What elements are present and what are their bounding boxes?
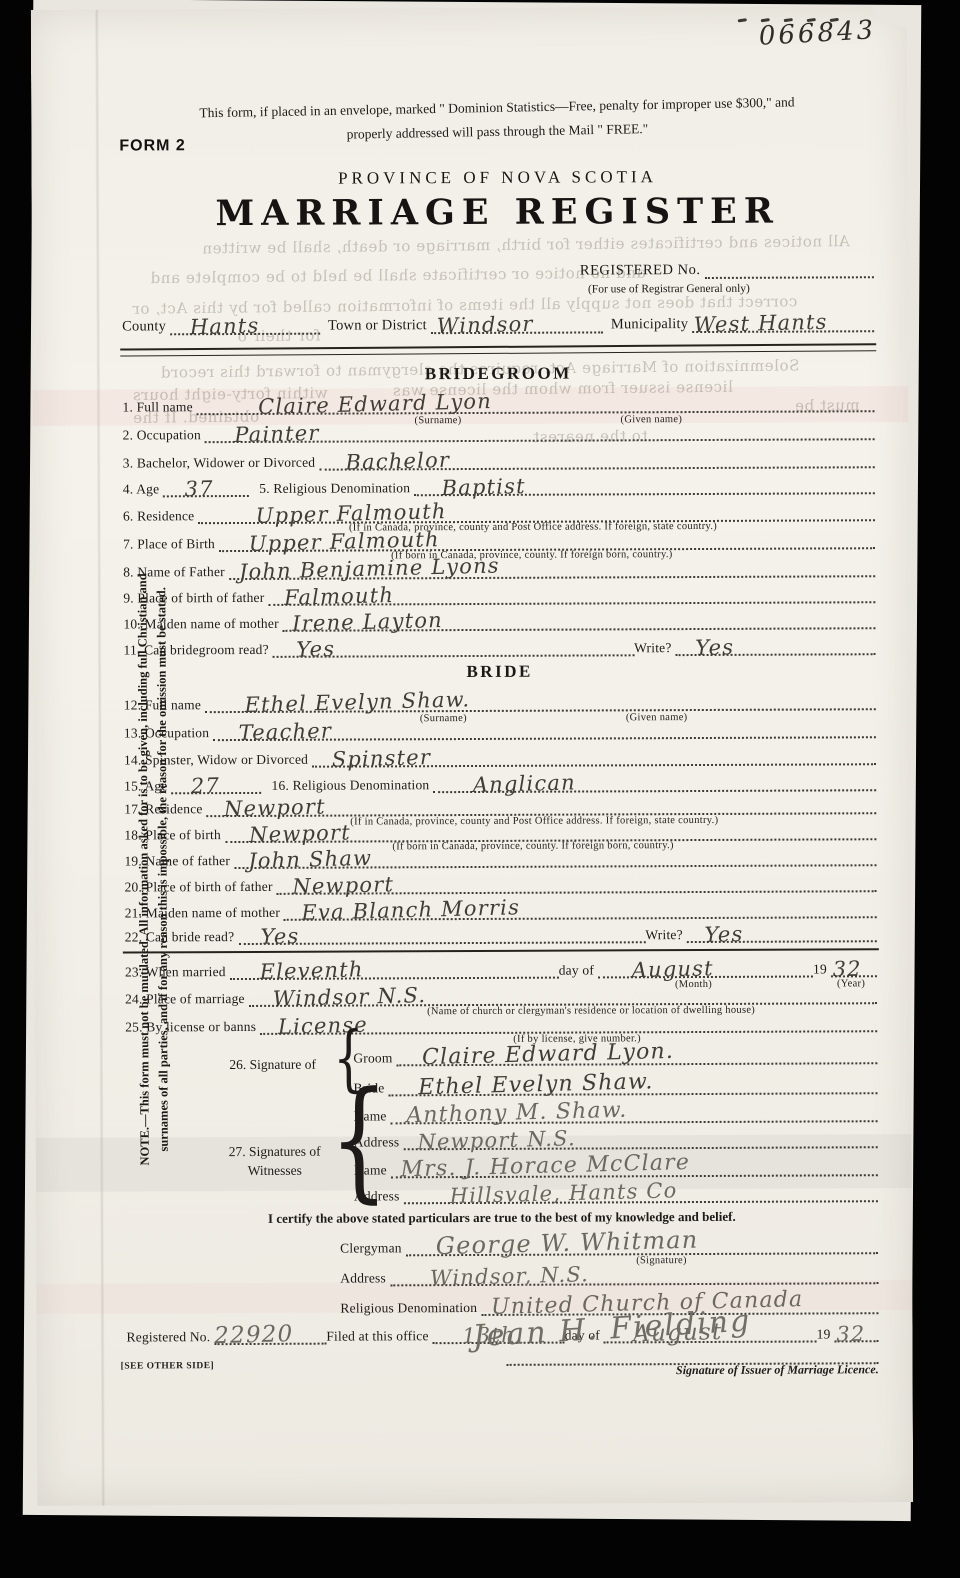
bride-status-row: 14. Spinster, Widow or Divorced Spinster	[124, 743, 876, 768]
groom-birthplace-row: 7. Place of Birth Upper Falmouth	[123, 527, 875, 552]
field-line: August	[598, 954, 813, 979]
handwritten-value: Spinster	[332, 745, 432, 772]
bride-full-name-row: 12. Full name Ethel Evelyn Shaw.	[124, 688, 876, 713]
field-line: Spinster	[312, 741, 876, 767]
margin-note: NOTE.—This form must not be mutilated. A…	[133, 524, 172, 1214]
registered-label: Registered No.	[127, 1330, 215, 1346]
groom-mother-row: 10. Maiden name of mother Irene Layton	[123, 607, 875, 632]
handwritten-value: Irene Layton	[292, 608, 443, 636]
field-line: Newport	[206, 790, 876, 817]
bleedthrough-text: and no notice or certificate shall be he…	[150, 264, 646, 288]
filed-label: Filed at this office	[326, 1329, 432, 1345]
document-number-handwritten: 066843	[758, 15, 877, 52]
field-line: Baptist	[414, 470, 875, 496]
clergyman-label: Clergyman	[340, 1241, 406, 1257]
groom-father-row: 8. Name of Father John Benjamine Lyons	[123, 555, 875, 580]
envelope-notice: This form, if placed in an envelope, mar…	[121, 89, 874, 151]
field-line: 37	[163, 473, 249, 497]
field-label: 2. Occupation	[123, 428, 205, 444]
county-value-handwritten: Hants	[189, 313, 259, 339]
issuer-caption: Signature of Issuer of Marriage Licence.	[593, 1362, 879, 1378]
witnesses-label-line1: 27. Signatures of	[220, 1143, 330, 1162]
field-line: George W. Whitman	[406, 1230, 879, 1256]
handwritten-value: Baptist	[442, 474, 527, 500]
field-line: John Shaw	[234, 842, 877, 869]
county-line: Hants	[170, 311, 320, 336]
handwritten-value: John Shaw	[247, 846, 372, 873]
year-prefix: 19	[813, 962, 831, 978]
groom-residence-row: 6. Residence Upper Falmouth	[123, 499, 875, 524]
clergyman-address-handwritten: Windsor, N.S.	[429, 1262, 589, 1290]
municipality-value-handwritten: West Hants	[694, 310, 828, 337]
page-title: MARRIAGE REGISTER	[122, 190, 874, 234]
field-line: Yes	[675, 631, 875, 656]
handwritten-value: Newport	[224, 795, 326, 822]
handwritten-value: Painter	[234, 421, 320, 447]
form-number-label: FORM 2	[119, 137, 186, 155]
field-label: 5. Religious Denomination	[249, 481, 414, 497]
clergyman-row: Clergyman George W. Whitman	[340, 1232, 878, 1256]
field-line: Eva Blanch Morris	[284, 894, 877, 921]
field-line: Newport N.S.	[403, 1124, 877, 1150]
groom-signature-row: Groom Claire Edward Lyon.	[353, 1042, 877, 1066]
bride-residence-row: 17. Residence Newport	[124, 792, 876, 817]
field-line: Anglican	[433, 767, 876, 793]
field-line: Ethel Evelyn Shaw.	[388, 1070, 877, 1096]
handwritten-value: 37	[185, 477, 215, 502]
bleedthrough-text: All notices and certificates either for …	[202, 232, 850, 257]
registered-no-label: REGISTERED No.	[580, 262, 705, 279]
field-line: Hillsvale, Hants Co	[404, 1178, 878, 1204]
place-of-marriage-row: 24. Place of marriage Windsor N.S.	[125, 982, 877, 1007]
margin-note-line2: surnames of all parties, and if for any …	[152, 524, 174, 1214]
field-line: Windsor N.S.	[249, 980, 877, 1007]
bridegroom-section-title: BRIDEGROOM	[122, 362, 874, 385]
groom-father-birthplace-row: 9. Place of birth of father Falmouth	[123, 581, 875, 606]
bride-father-birthplace-row: 20. Place of birth of father Newport	[125, 870, 877, 895]
witness1-name-row: Name Anthony M. Shaw.	[354, 1100, 878, 1124]
address-label: Address	[354, 1189, 404, 1205]
bride-read-write-row: 22. Can bride read? Yes Write? Yes	[125, 920, 877, 945]
field-line: Eleventh	[230, 955, 559, 980]
marriage-register-form: All notices and certificates either for …	[31, 6, 914, 1506]
field-line: Newport	[277, 868, 877, 895]
scanned-page-canvas: All notices and certificates either for …	[0, 0, 960, 1578]
witnesses-label: 27. Signatures of Witnesses	[220, 1143, 330, 1181]
field-line: Falmouth	[268, 579, 875, 606]
handwritten-value: Windsor N.S.	[272, 983, 426, 1011]
groom-full-name-row: 1. Full name Claire Edward Lyon	[122, 390, 874, 415]
field-line: Yes	[273, 632, 634, 658]
handwritten-value: Yes	[704, 922, 743, 947]
field-line: Painter	[205, 416, 875, 443]
field-label: 4. Age	[123, 482, 164, 498]
field-line: Windsor, N.S.	[390, 1260, 878, 1286]
handwritten-value: Newport	[248, 820, 350, 847]
bride-signature-handwritten: Ethel Evelyn Shaw.	[418, 1069, 654, 1100]
field-line: 32	[831, 953, 877, 977]
field-line: Claire Edward Lyon.	[396, 1040, 877, 1066]
groom-signature-handwritten: Claire Edward Lyon.	[422, 1039, 675, 1070]
town-label: Town or District	[320, 318, 431, 335]
name-label: Name	[354, 1163, 391, 1179]
name-label: Name	[354, 1109, 391, 1125]
bride-section-title: BRIDE	[124, 660, 876, 683]
address-label: Address	[340, 1271, 390, 1287]
field-line: John Benjamine Lyons	[229, 553, 875, 580]
signature-of-label: 26. Signature of	[229, 1057, 316, 1073]
handwritten-value: Newport	[292, 872, 394, 899]
province-title: PROVINCE OF NOVA SCOTIA	[121, 166, 873, 189]
field-label: 3. Bachelor, Widower or Divorced	[123, 455, 320, 471]
field-line: Anthony M. Shaw.	[391, 1098, 878, 1124]
witness2-name-row: Name Mrs. J. Horace McClare	[354, 1154, 878, 1178]
bride-occupation-row: 13. Occupation Teacher	[124, 716, 876, 741]
municipality-label: Municipality	[603, 317, 692, 334]
when-married-row: 23. When married Eleventh day of August …	[125, 955, 877, 980]
groom-read-write-row: 11. Can bridegroom read? Yes Write? Yes	[123, 633, 875, 658]
address-label: Address	[354, 1135, 404, 1151]
handwritten-value: John Benjamine Lyons	[238, 553, 499, 584]
field-line: Yes	[238, 919, 645, 945]
field-line: Teacher	[213, 714, 876, 741]
handwritten-value: Eleventh	[259, 957, 363, 984]
groom-occupation-row: 2. Occupation Painter	[123, 418, 875, 443]
certification-statement: I certify the above stated particulars a…	[268, 1209, 736, 1227]
field-line: 27	[171, 770, 261, 794]
witnesses-label-line2: Witnesses	[220, 1162, 330, 1181]
paper-crease	[95, 10, 106, 1506]
denomination-label: Religious Denomination	[340, 1300, 481, 1316]
witness2-address-row: Address Hillsvale, Hants Co	[354, 1180, 878, 1204]
witness1-name-handwritten: Anthony M. Shaw.	[406, 1098, 628, 1129]
field-line: 32	[834, 1318, 878, 1342]
license-banns-row: 25. By license or banns License	[125, 1010, 877, 1035]
see-other-side-label: [SEE OTHER SIDE]	[121, 1361, 215, 1371]
field-line: Yes	[687, 918, 877, 943]
field-line: Upper Falmouth	[198, 497, 875, 524]
registered-no-row: REGISTERED No.	[580, 258, 874, 279]
field-line: Irene Layton	[283, 605, 876, 632]
witness1-address-row: Address Newport N.S.	[354, 1126, 878, 1150]
field-label: 6. Residence	[123, 509, 198, 525]
witness2-address-handwritten: Hillsvale, Hants Co	[449, 1178, 677, 1208]
bride-birthplace-row: 18. Place of birth Newport	[124, 818, 876, 843]
field-line: Upper Falmouth	[219, 525, 875, 552]
bride-mother-row: 21. Maiden name of mother Eva Blanch Mor…	[125, 896, 877, 921]
handwritten-value: Bachelor	[345, 448, 450, 475]
bride-father-row: 19. Name of father John Shaw	[124, 844, 876, 869]
municipality-line: West Hants	[692, 308, 874, 333]
clergyman-address-row: Address Windsor, N.S.	[340, 1262, 878, 1286]
bride-signature-row: Bride Ethel Evelyn Shaw.	[353, 1072, 877, 1096]
registrar-note: (For use of Registrar General only)	[588, 283, 750, 296]
handwritten-value: Yes	[695, 635, 734, 660]
groom-status-row: 3. Bachelor, Widower or Divorced Bachelo…	[123, 446, 875, 471]
field-label: 1. Full name	[122, 400, 196, 416]
county-row: County Hants Town or District Windsor Mu…	[122, 310, 874, 335]
field-line: 22920	[214, 1321, 326, 1345]
town-line: Windsor	[431, 309, 603, 334]
write-label: Write?	[645, 928, 686, 944]
field-line: Ethel Evelyn Shaw.	[205, 686, 876, 713]
double-rule	[120, 343, 876, 356]
witness2-name-handwritten: Mrs. J. Horace McClare	[400, 1150, 690, 1182]
write-label: Write?	[634, 641, 675, 657]
field-line: Newport	[225, 816, 877, 843]
field-line: Mrs. J. Horace McClare	[391, 1152, 878, 1178]
handwritten-value: Yes	[296, 637, 335, 662]
handwritten-value: Falmouth	[284, 583, 395, 610]
field-line: Bachelor	[319, 444, 875, 470]
town-value-handwritten: Windsor	[436, 312, 533, 338]
day-of-label: day of	[559, 963, 598, 979]
witness1-address-handwritten: Newport N.S.	[417, 1126, 576, 1154]
handwritten-value: Teacher	[239, 719, 333, 745]
handwritten-value: Yes	[260, 924, 299, 949]
registered-no-line	[704, 256, 874, 279]
registered-no-handwritten: 22920	[214, 1321, 294, 1349]
field-line: Claire Edward Lyon	[197, 388, 875, 415]
county-label: County	[122, 319, 170, 336]
groom-age-denomination-row: 4. Age 37 5. Religious Denomination Bapt…	[123, 472, 875, 497]
